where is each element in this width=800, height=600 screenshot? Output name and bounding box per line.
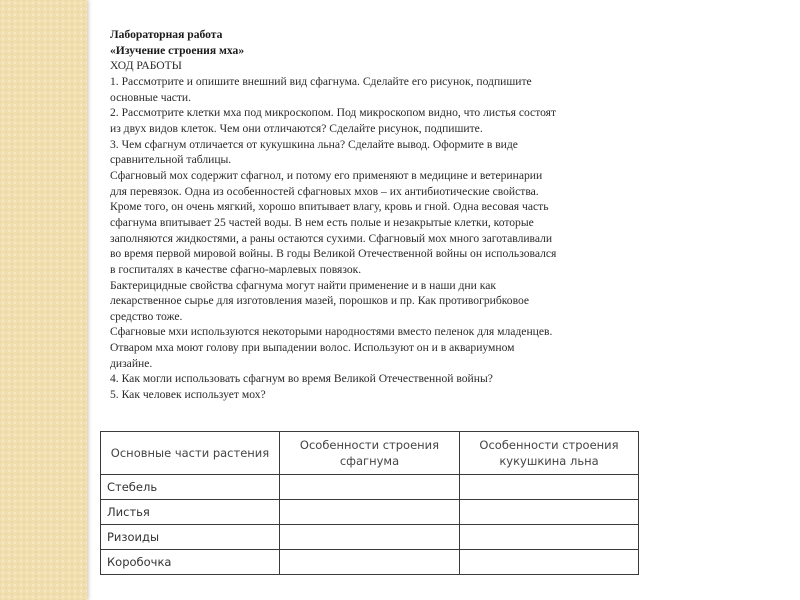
text-line: во время первой мировой войны. В годы Ве… — [110, 246, 640, 262]
table-row: Листья — [101, 500, 639, 525]
table-row: Ризоиды — [101, 525, 639, 550]
text-line: 5. Как человек использует мох? — [110, 387, 640, 403]
header-sphagnum-features: Особенности строения сфагнума — [280, 432, 460, 475]
text-line: 3. Чем сфагнум отличается от кукушкина л… — [110, 137, 640, 153]
empty-answer-cell — [280, 500, 460, 525]
text-line: основные части. — [110, 90, 640, 106]
text-line: Сфагновые мхи используются некоторыми на… — [110, 324, 640, 340]
text-line: Бактерицидные свойства сфагнума могут на… — [110, 278, 640, 294]
empty-answer-cell — [460, 550, 639, 575]
empty-answer-cell — [460, 475, 639, 500]
header-plant-parts: Основные части растения — [101, 432, 280, 475]
text-line: дизайне. — [110, 356, 640, 372]
text-line: Кроме того, он очень мягкий, хорошо впит… — [110, 199, 640, 215]
text-line: заполняются жидкостями, а раны остаются … — [110, 231, 640, 247]
header-polytrichum-features: Особенности строения кукушкина льна — [460, 432, 639, 475]
text-line: 2. Рассмотрите клетки мха под микроскопо… — [110, 105, 640, 121]
text-line: для перевязок. Одна из особенностей сфаг… — [110, 184, 640, 200]
text-line: сравнительной таблицы. — [110, 152, 640, 168]
text-line: Сфагновый мох содержит сфагнол, и потому… — [110, 168, 640, 184]
slide-page: Лабораторная работа «Изучение строения м… — [0, 0, 800, 600]
empty-answer-cell — [460, 500, 639, 525]
lab-work-text: Лабораторная работа «Изучение строения м… — [110, 27, 640, 403]
section-heading: ХОД РАБОТЫ — [110, 58, 640, 74]
text-line: средство тоже. — [110, 309, 640, 325]
plant-part-cell: Коробочка — [101, 550, 280, 575]
table-header-row: Основные части растения Особенности стро… — [101, 432, 639, 475]
text-line: 1. Рассмотрите и опишите внешний вид сфа… — [110, 74, 640, 90]
text-line: сфагнума впитывает 25 частей воды. В нем… — [110, 215, 640, 231]
text-line: в госпиталях в качестве сфагно-марлевых … — [110, 262, 640, 278]
empty-answer-cell — [460, 525, 639, 550]
empty-answer-cell — [280, 475, 460, 500]
text-line: Отваром мха моют голову при выпадении во… — [110, 340, 640, 356]
plant-part-cell: Ризоиды — [101, 525, 280, 550]
plant-part-cell: Листья — [101, 500, 280, 525]
text-line: 4. Как могли использовать сфагнум во вре… — [110, 371, 640, 387]
empty-answer-cell — [280, 550, 460, 575]
comparison-table: Основные части растения Особенности стро… — [100, 431, 639, 575]
text-line: лекарственное сырье для изготовления маз… — [110, 293, 640, 309]
document-subtitle: «Изучение строения мха» — [110, 43, 640, 59]
instruction-text-lines: 1. Рассмотрите и опишите внешний вид сфа… — [110, 74, 640, 403]
empty-answer-cell — [280, 525, 460, 550]
table-row: Коробочка — [101, 550, 639, 575]
text-line: из двух видов клеток. Чем они отличаются… — [110, 121, 640, 137]
decorative-side-strip — [0, 0, 87, 600]
table-row: Стебель — [101, 475, 639, 500]
plant-part-cell: Стебель — [101, 475, 280, 500]
document-title: Лабораторная работа — [110, 27, 640, 43]
table-body: СтебельЛистьяРизоидыКоробочка — [101, 475, 639, 575]
